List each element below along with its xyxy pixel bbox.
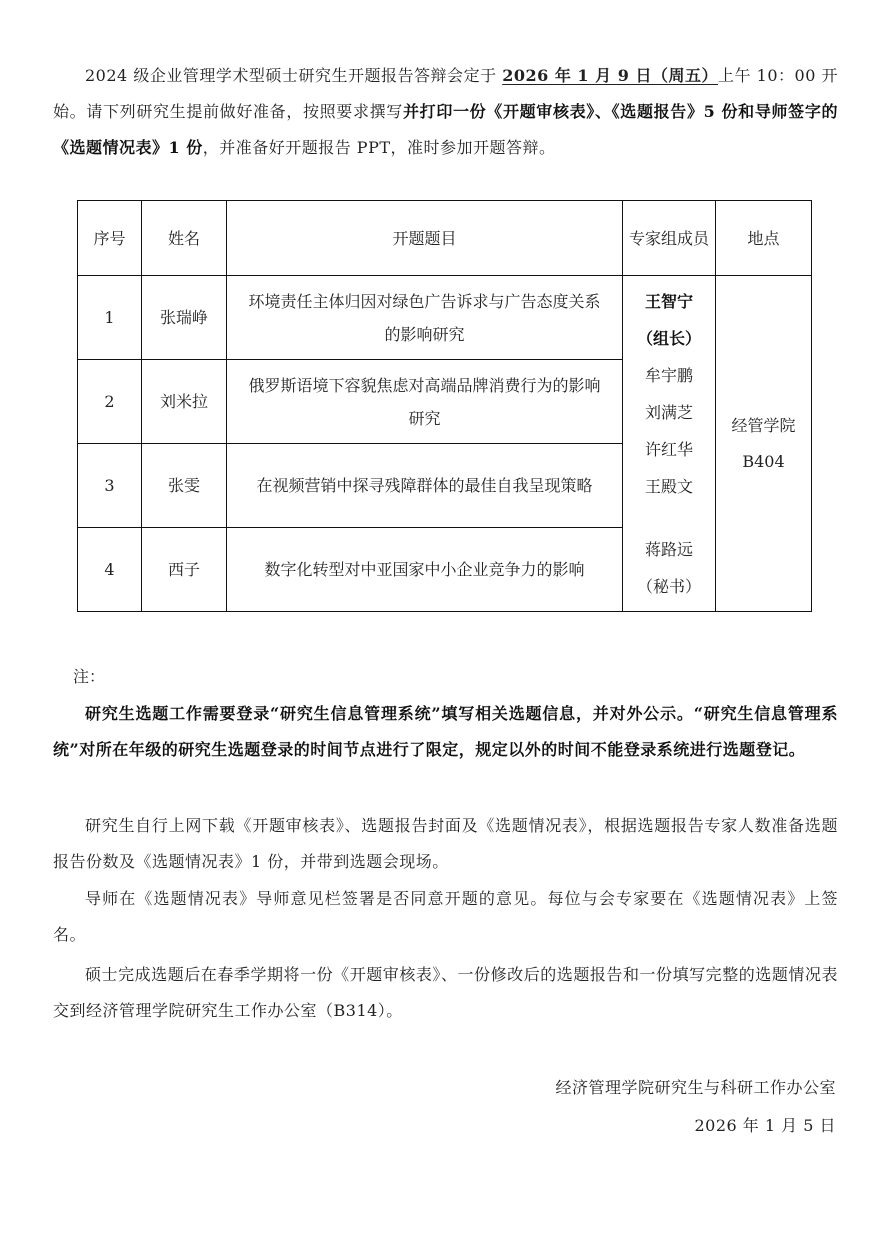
expert-secretary: 蒋路远 <box>629 531 709 568</box>
location-room: B404 <box>722 444 805 480</box>
expert-panel-cell: 王智宁 （组长） 牟宇鹏 刘满芝 许红华 王殿文 蒋路远 （秘书） <box>623 276 716 612</box>
expert-leader-role: （组长） <box>629 320 709 357</box>
expert-member: 王殿文 <box>629 468 709 505</box>
note-paragraph-3: 导师在《选题情况表》导师意见栏签署是否同意开题的意见。每位与会专家要在《选题情况… <box>53 881 838 953</box>
row-index: 3 <box>78 444 142 528</box>
row-name: 刘米拉 <box>142 360 227 444</box>
row-index: 1 <box>78 276 142 360</box>
issuing-office: 经济管理学院研究生与科研工作办公室 <box>555 1075 836 1098</box>
location-cell: 经管学院 B404 <box>716 276 812 612</box>
expert-member: 刘满芝 <box>629 394 709 431</box>
issue-date: 2026 年 1 月 5 日 <box>694 1113 836 1136</box>
row-topic: 环境责任主体归因对绿色广告诉求与广告态度关系的影响研究 <box>227 276 623 360</box>
expert-member: 牟宇鹏 <box>629 357 709 394</box>
defense-date: 2026 年 1 月 9 日（周五） <box>502 66 718 85</box>
intro-suffix: ，并准备好开题报告 PPT，准时参加开题答辩。 <box>203 138 556 157</box>
row-index: 4 <box>78 528 142 612</box>
location-building: 经管学院 <box>722 408 805 444</box>
intro-paragraph: 2024 级企业管理学术型硕士研究生开题报告答辩会定于 2026 年 1 月 9… <box>53 58 838 166</box>
row-topic: 数字化转型对中亚国家中小企业竞争力的影响 <box>227 528 623 612</box>
header-topic: 开题题目 <box>227 201 623 276</box>
schedule-table: 序号 姓名 开题题目 专家组成员 地点 1 张瑞峥 环境责任主体归因对绿色广告诉… <box>77 200 812 612</box>
note-paragraph-1: 研究生选题工作需要登录“研究生信息管理系统”填写相关选题信息，并对外公示。“研究… <box>53 696 838 768</box>
header-location: 地点 <box>716 201 812 276</box>
header-index: 序号 <box>78 201 142 276</box>
note-paragraph-4: 硕士完成选题后在春季学期将一份《开题审核表》、一份修改后的选题报告和一份填写完整… <box>53 957 838 1029</box>
table-header-row: 序号 姓名 开题题目 专家组成员 地点 <box>78 201 812 276</box>
row-name: 张雯 <box>142 444 227 528</box>
expert-leader: 王智宁 <box>629 283 709 320</box>
expert-member: 许红华 <box>629 431 709 468</box>
row-name: 张瑞峥 <box>142 276 227 360</box>
notes-label: 注： <box>73 664 105 687</box>
spacer <box>629 505 709 531</box>
row-topic: 俄罗斯语境下容貌焦虑对高端品牌消费行为的影响研究 <box>227 360 623 444</box>
row-topic: 在视频营销中探寻残障群体的最佳自我呈现策略 <box>227 444 623 528</box>
header-name: 姓名 <box>142 201 227 276</box>
table-row: 1 张瑞峥 环境责任主体归因对绿色广告诉求与广告态度关系的影响研究 王智宁 （组… <box>78 276 812 360</box>
row-name: 西子 <box>142 528 227 612</box>
intro-prefix: 2024 级企业管理学术型硕士研究生开题报告答辩会定于 <box>85 66 502 85</box>
expert-secretary-role: （秘书） <box>629 568 709 605</box>
header-experts: 专家组成员 <box>623 201 716 276</box>
note-paragraph-2: 研究生自行上网下载《开题审核表》、选题报告封面及《选题情况表》，根据选题报告专家… <box>53 808 838 880</box>
row-index: 2 <box>78 360 142 444</box>
